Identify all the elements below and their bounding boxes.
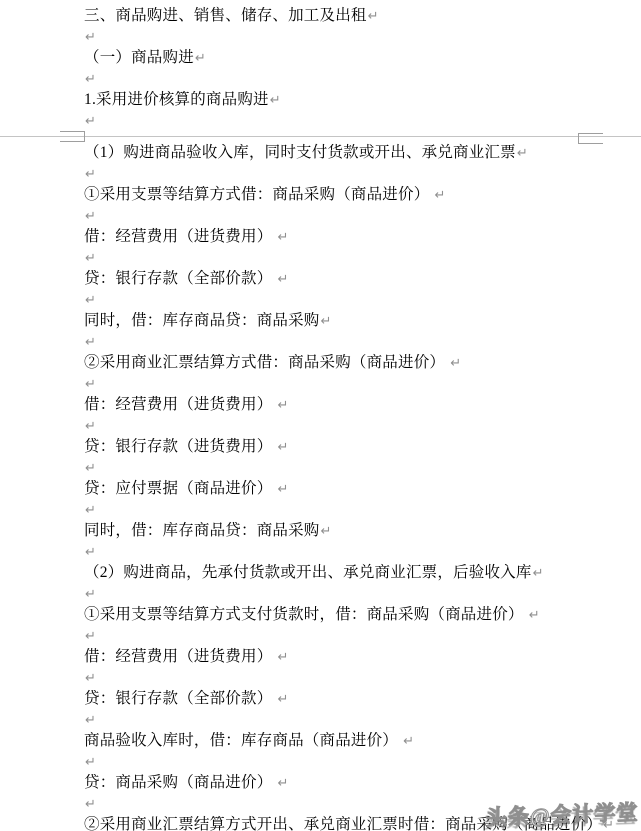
left-margin-mark-icon [60,131,85,142]
paragraph-mark-icon: ↵ [277,692,288,707]
line-text: （2）购进商品，先承付货款或开出、承兑商业汇票，后验收入库 [84,564,532,581]
line-text: 借：经营费用（进货费用） [84,648,276,665]
text-line[interactable]: （一）商品购进↵ [0,47,641,68]
paragraph-mark-icon: ↵ [277,440,288,455]
empty-line[interactable]: ↵ [0,289,641,310]
text-line[interactable]: 1.采用进价核算的商品购进↵ [0,89,641,110]
line-text: 贷：银行存款（全部价款） [84,270,276,287]
text-line[interactable]: 借：经营费用（进货费用） ↵ [0,646,641,667]
text-line[interactable]: 贷：商品采购（商品进价） ↵ [0,772,641,793]
watermark: 头条@会计学堂 [486,796,640,831]
paragraph-mark-icon: ↵ [403,734,414,749]
line-text: 贷：应付票据（商品进价） [84,480,276,497]
document-page[interactable]: 三、商品购进、销售、储存、加工及出租↵↵（一）商品购进↵↵1.采用进价核算的商品… [0,0,641,831]
empty-line[interactable]: ↵ [0,541,641,562]
paragraph-mark-icon: ↵ [85,671,96,686]
paragraph-mark-icon: ↵ [270,93,281,108]
document-body: 三、商品购进、销售、储存、加工及出租↵↵（一）商品购进↵↵1.采用进价核算的商品… [0,0,641,831]
text-line[interactable]: ①采用支票等结算方式借：商品采购（商品进价） ↵ [0,184,641,205]
paragraph-mark-icon: ↵ [85,713,96,728]
text-line[interactable]: 三、商品购进、销售、储存、加工及出租↵ [0,5,641,26]
paragraph-mark-icon: ↵ [85,797,96,812]
line-text: ①采用支票等结算方式支付货款时，借：商品采购（商品进价） [84,606,528,623]
line-text: 借：经营费用（进货费用） [84,228,276,245]
text-line[interactable]: 借：经营费用（进货费用） ↵ [0,394,641,415]
line-text: 商品验收入库时，借：库存商品（商品进价） [84,732,402,749]
empty-line[interactable]: ↵ [0,415,641,436]
line-text: 三、商品购进、销售、储存、加工及出租 [84,7,367,24]
line-text: （一）商品购进 [84,49,194,66]
paragraph-mark-icon: ↵ [85,503,96,518]
paragraph-mark-icon: ↵ [85,209,96,224]
paragraph-mark-icon: ↵ [277,230,288,245]
right-margin-mark-icon [578,133,603,144]
line-text: 同时，借：库存商品贷：商品采购 [84,312,320,329]
paragraph-mark-icon: ↵ [85,755,96,770]
text-line[interactable]: 贷：应付票据（商品进价） ↵ [0,478,641,499]
empty-line[interactable]: ↵ [0,26,641,47]
empty-line[interactable]: ↵ [0,667,641,688]
paragraph-mark-icon: ↵ [277,398,288,413]
paragraph-mark-icon: ↵ [85,419,96,434]
text-line[interactable]: ②采用商业汇票结算方式借：商品采购（商品进价） ↵ [0,352,641,373]
paragraph-mark-icon: ↵ [85,629,96,644]
page-boundary-line [0,136,641,137]
line-text: 贷：银行存款（全部价款） [84,690,276,707]
empty-line[interactable]: ↵ [0,625,641,646]
paragraph-mark-icon: ↵ [85,545,96,560]
line-text: ①采用支票等结算方式借：商品采购（商品进价） [84,186,433,203]
empty-line[interactable]: ↵ [0,709,641,730]
line-text: 同时，借：库存商品贷：商品采购 [84,522,320,539]
paragraph-mark-icon: ↵ [277,776,288,791]
paragraph-mark-icon: ↵ [517,146,528,161]
empty-line[interactable]: ↵ [0,163,641,184]
paragraph-mark-icon: ↵ [533,566,544,581]
empty-line[interactable]: ↵ [0,457,641,478]
paragraph-mark-icon: ↵ [434,188,445,203]
line-text: ②采用商业汇票结算方式借：商品采购（商品进价） [84,354,449,371]
paragraph-mark-icon: ↵ [85,461,96,476]
paragraph-mark-icon: ↵ [277,650,288,665]
page-divider [0,131,641,142]
paragraph-mark-icon: ↵ [85,335,96,350]
line-text: 1.采用进价核算的商品购进 [84,91,269,108]
line-text: 借：经营费用（进货费用） [84,396,276,413]
paragraph-mark-icon: ↵ [450,356,461,371]
paragraph-mark-icon: ↵ [368,9,379,24]
text-line[interactable]: 商品验收入库时，借：库存商品（商品进价） ↵ [0,730,641,751]
line-text: 贷：银行存款（进货费用） [84,438,276,455]
paragraph-mark-icon: ↵ [85,377,96,392]
text-line[interactable]: （1）购进商品验收入库，同时支付货款或开出、承兑商业汇票↵ [0,142,641,163]
paragraph-mark-icon: ↵ [85,72,96,87]
empty-line[interactable]: ↵ [0,247,641,268]
paragraph-mark-icon: ↵ [321,524,332,539]
paragraph-mark-icon: ↵ [85,114,96,129]
text-line[interactable]: ①采用支票等结算方式支付货款时，借：商品采购（商品进价） ↵ [0,604,641,625]
paragraph-mark-icon: ↵ [529,608,540,623]
empty-line[interactable]: ↵ [0,499,641,520]
paragraph-mark-icon: ↵ [85,167,96,182]
empty-line[interactable]: ↵ [0,205,641,226]
empty-line[interactable]: ↵ [0,331,641,352]
line-text: 贷：商品采购（商品进价） [84,774,276,791]
paragraph-mark-icon: ↵ [85,587,96,602]
empty-line[interactable]: ↵ [0,583,641,604]
paragraph-mark-icon: ↵ [277,272,288,287]
empty-line[interactable]: ↵ [0,373,641,394]
empty-line[interactable]: ↵ [0,751,641,772]
text-line[interactable]: 同时，借：库存商品贷：商品采购↵ [0,520,641,541]
text-line[interactable]: （2）购进商品，先承付货款或开出、承兑商业汇票，后验收入库↵ [0,562,641,583]
text-line[interactable]: 贷：银行存款（进货费用） ↵ [0,436,641,457]
paragraph-mark-icon: ↵ [277,482,288,497]
text-line[interactable]: 贷：银行存款（全部价款） ↵ [0,268,641,289]
empty-line[interactable]: ↵ [0,68,641,89]
text-line[interactable]: 贷：银行存款（全部价款） ↵ [0,688,641,709]
text-line[interactable]: 借：经营费用（进货费用） ↵ [0,226,641,247]
paragraph-mark-icon: ↵ [321,314,332,329]
text-line[interactable]: 同时，借：库存商品贷：商品采购↵ [0,310,641,331]
paragraph-mark-icon: ↵ [85,30,96,45]
line-text: （1）购进商品验收入库，同时支付货款或开出、承兑商业汇票 [84,144,516,161]
paragraph-mark-icon: ↵ [195,51,206,66]
paragraph-mark-icon: ↵ [85,293,96,308]
empty-line[interactable]: ↵ [0,110,641,131]
paragraph-mark-icon: ↵ [85,251,96,266]
